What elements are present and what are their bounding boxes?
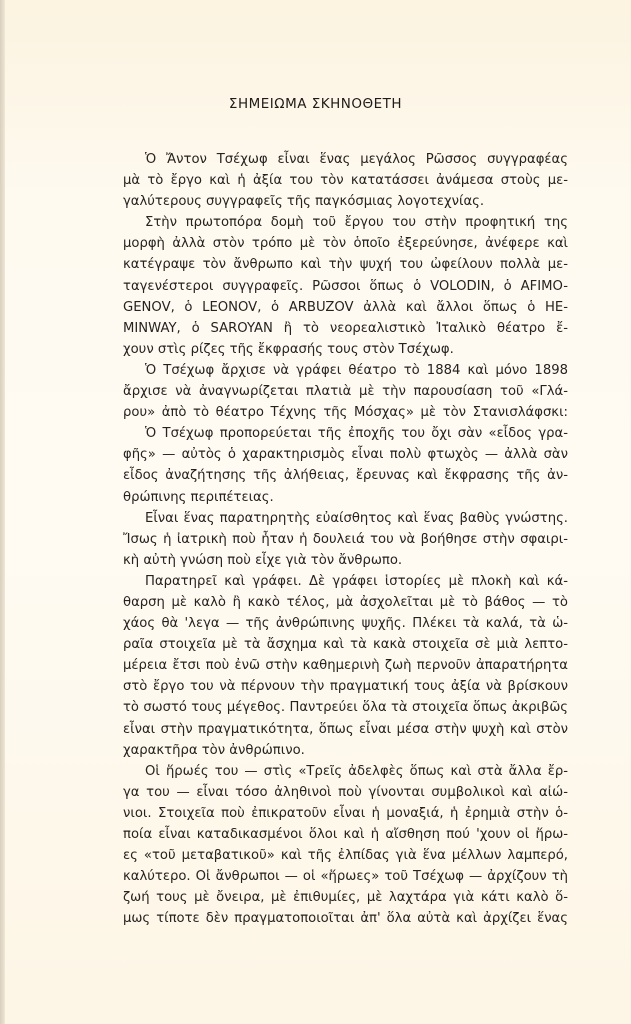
text-line: MINWAY, ὁ SAROYAN ἢ τὸ νεορεαλιστικὸ Ἰτα…: [123, 318, 568, 339]
text-line: κὴ αὐτὴ γνώση ποὺ εἶχε γιὰ τὸν ἄνθρωπο.: [123, 550, 568, 571]
text-line: ραῖα στοιχεῖα μὲ τὰ ἄσχημα καὶ τὰ κακὰ σ…: [123, 634, 568, 655]
text-line: χουν στὶς ρίζες τῆς ἔκφρασής τους στὸν Τ…: [123, 339, 568, 360]
text-line: γαλύτερους συγγραφεῖς τῆς παγκόσμιας λογ…: [123, 191, 568, 212]
text-line: στὸ ἔργο του νὰ πέρνουν τὴν πραγματική τ…: [123, 676, 568, 697]
text-line: μὰ τὸ ἔργο καὶ ἡ ἀξία του τὸν κατατάσσει…: [123, 170, 568, 191]
text-line: μέρεια ἔτσι ποὺ ἐνῶ στὴν καθημερινὴ ζωὴ …: [123, 655, 568, 676]
text-line: μως τίποτε δὲν πραγματοποιοῖται ἀπ' ὅλα …: [123, 908, 568, 929]
text-line: Παρατηρεῖ καὶ γράφει. Δὲ γράφει ἱστορίες…: [123, 571, 568, 592]
text-line: Ἴσως ἡ ἰατρικὴ ποὺ ἦταν ἡ δουλειά του νὰ…: [123, 529, 568, 550]
text-line: γα του — εἶναι τόσο ἀληθινοὶ ποὺ γίνοντα…: [123, 782, 568, 803]
text-line: ρου» ἀπὸ τὸ θέατρο Τέχνης τῆς Μόσχας» μὲ…: [123, 402, 568, 423]
text-line: φῆς» — αὐτὸς ὁ χαρακτηρισμὸς εἶναι πολὺ …: [123, 444, 568, 465]
page-title: ΣΗΜΕΙΩΜΑ ΣΚΗΝΟΘΕΤΗ: [0, 96, 631, 112]
text-line: εἶναι στὴν πραγματικότητα, ὅπως εἶναι μέ…: [123, 719, 568, 740]
text-line: θρώπινης περιπέτειας.: [123, 487, 568, 508]
page-edge-shadow: [0, 0, 5, 1024]
text-line: ζωή τους μὲ ὄνειρα, μὲ ἐπιθυμίες, μὲ λαχ…: [123, 887, 568, 908]
text-line: χαρακτῆρα τὸν ἀνθρώπινο.: [123, 740, 568, 761]
text-line: Ὁ Τσέχωφ προπορεύεται τῆς ἐποχῆς του ὄχι…: [123, 423, 568, 444]
text-line: Οἱ ἥρωές του — στὶς «Τρεῖς ἀδελφὲς ὅπως …: [123, 761, 568, 782]
text-line: νιοι. Στοιχεῖα ποὺ ἐπικρατοῦν εἶναι ἡ μο…: [123, 803, 568, 824]
text-line: τὸ σωστό τους μέγεθος. Παντρεύει ὅλα τὰ …: [123, 697, 568, 718]
text-line: ποία εἶναι καταδικασμένοι ὅλοι καὶ ἡ αἴσ…: [123, 824, 568, 845]
text-line: εἶδος ἀναζήτησης τῆς ἀλήθειας, ἔρευνας κ…: [123, 465, 568, 486]
text-line: καλύτερο. Οἱ ἄνθρωποι — οἱ «ἥρωες» τοῦ Τ…: [123, 866, 568, 887]
text-line: Ὁ Ἄντον Τσέχωφ εἶναι ἕνας μεγάλος Ρῶσσος…: [123, 149, 568, 170]
text-line: χάος θὰ 'λεγα — τῆς ἀνθρώπινης ψυχῆς. Πλ…: [123, 613, 568, 634]
text-line: κατέγραψε τὸν ἄνθρωπο καὶ τὴν ψυχή του ὠ…: [123, 254, 568, 275]
text-line: GENOV, ὁ LEONOV, ὁ ARBUZOV ἀλλὰ καὶ ἄλλο…: [123, 297, 568, 318]
text-line: ταγενέστεροι συγγραφεῖς. Ρῶσσοι ὅπως ὁ V…: [123, 276, 568, 297]
text-line: Στὴν πρωτοπόρα δομὴ τοῦ ἔργου του στὴν π…: [123, 212, 568, 233]
text-line: Εἶναι ἕνας παρατηρητὴς εὐαίσθητος καὶ ἕν…: [123, 508, 568, 529]
text-line: ἄρχισε νὰ ἀναγνωρίζεται πλατιὰ μὲ τὴν πα…: [123, 381, 568, 402]
text-line: μορφὴ ἀλλὰ στὸν τρόπο μὲ τὸν ὁποῖο ἐξερε…: [123, 233, 568, 254]
text-line: θαρση μὲ καλὸ ἢ κακὸ τέλος, μὰ ἀσχολεῖτα…: [123, 592, 568, 613]
text-line: ες «τοῦ μεταβατικοῦ» καὶ τῆς ἐλπίδας γιὰ…: [123, 845, 568, 866]
body-text: Ὁ Ἄντον Τσέχωφ εἶναι ἕνας μεγάλος Ρῶσσος…: [123, 149, 568, 929]
scanned-page: ΣΗΜΕΙΩΜΑ ΣΚΗΝΟΘΕΤΗ Ὁ Ἄντον Τσέχωφ εἶναι …: [0, 0, 631, 1024]
text-line: Ὁ Τσέχωφ ἄρχισε νὰ γράφει θέατρο τὸ 1884…: [123, 360, 568, 381]
